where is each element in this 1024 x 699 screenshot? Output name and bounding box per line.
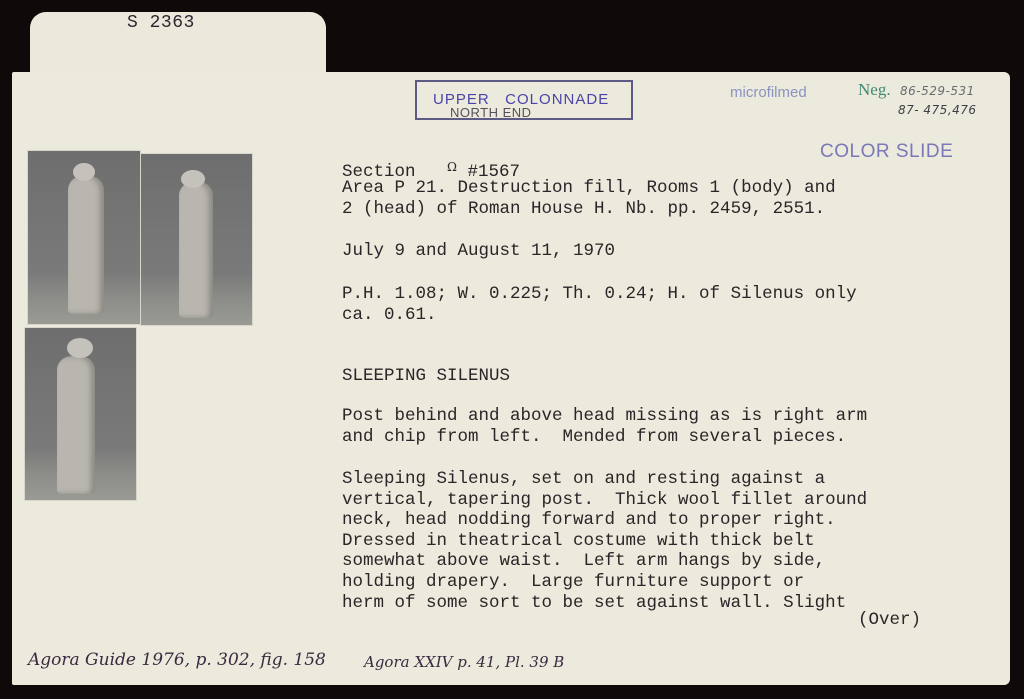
- dimensions-line-2: ca. 0.61.: [342, 305, 437, 326]
- excavation-date: July 9 and August 11, 1970: [342, 241, 615, 262]
- over-indicator: (Over): [858, 610, 921, 631]
- description-line-4: Dressed in theatrical costume with thick…: [342, 531, 815, 552]
- statue-head: [73, 163, 95, 181]
- statue-body: [68, 176, 104, 314]
- description-line-5: somewhat above waist. Left arm hangs by …: [342, 551, 825, 572]
- inventory-number: S 2363: [127, 13, 195, 33]
- condition-line-2: and chip from left. Mended from several …: [342, 427, 846, 448]
- statue-body: [57, 356, 95, 494]
- description-line-2: vertical, tapering post. Thick wool fill…: [342, 490, 867, 511]
- color-slide-stamp: COLOR SLIDE: [820, 141, 953, 163]
- microfilmed-stamp: microfilmed: [730, 84, 807, 101]
- photo-side-view: [140, 153, 253, 326]
- description-line-7: herm of some sort to be set against wall…: [342, 593, 846, 614]
- photo-front-view: [27, 150, 141, 325]
- negative-numbers-1: 86-529-531: [900, 84, 975, 98]
- dimensions-line-1: P.H. 1.08; W. 0.225; Th. 0.24; H. of Sil…: [342, 284, 857, 305]
- negative-numbers-2: 87- 475,476: [898, 103, 977, 117]
- description-line-1: Sleeping Silenus, set on and resting aga…: [342, 469, 825, 490]
- negative-label: Neg.: [858, 80, 891, 100]
- statue-head: [67, 338, 93, 358]
- description-line-3: neck, head nodding forward and to proper…: [342, 510, 836, 531]
- object-title: SLEEPING SILENUS: [342, 366, 510, 387]
- location-line-2: 2 (head) of Roman House H. Nb. pp. 2459,…: [342, 199, 825, 220]
- condition-line-1: Post behind and above head missing as is…: [342, 406, 867, 427]
- bibliography-agora: Agora XXIV p. 41, Pl. 39 B: [364, 653, 564, 671]
- location-line-1: Area P 21. Destruction fill, Rooms 1 (bo…: [342, 178, 836, 199]
- section-symbol: Ω: [447, 160, 457, 174]
- bibliography-guide: Agora Guide 1976, p. 302, fig. 158: [28, 650, 326, 670]
- photo-other-side-view: [24, 327, 137, 501]
- statue-body: [179, 182, 213, 318]
- location-stamp: UPPER COLONNADE NORTH END: [415, 80, 633, 120]
- statue-head: [181, 170, 205, 188]
- stamp-line-2: NORTH END: [450, 105, 532, 120]
- description-line-6: holding drapery. Large furniture support…: [342, 572, 804, 593]
